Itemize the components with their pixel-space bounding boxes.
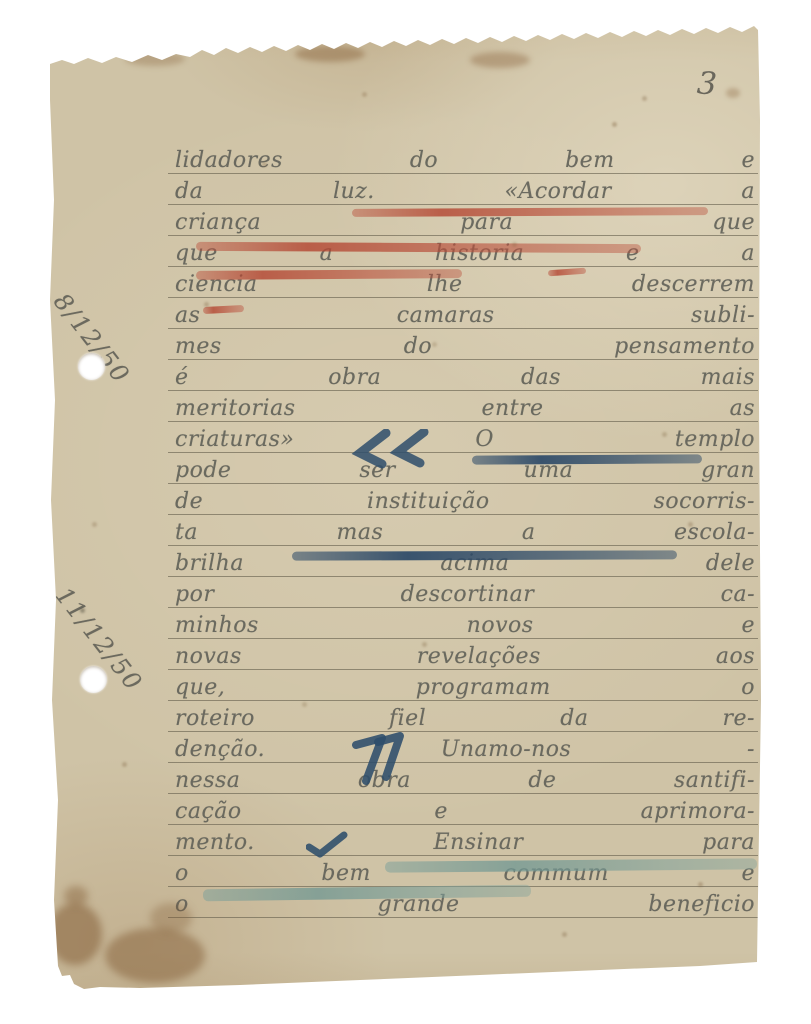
manuscript-line-17: novas revelações aos — [175, 643, 755, 670]
page-number: 3 — [696, 65, 718, 102]
manuscript-line-22: cação e aprimora- — [175, 798, 755, 825]
manuscript-line-7: mes do pensamento — [175, 333, 755, 360]
blue-underline-templo — [472, 454, 702, 464]
top-edge-stain — [125, 52, 185, 66]
foxing-stain — [150, 903, 192, 933]
hole-punch-top — [78, 353, 105, 380]
top-edge-stain — [470, 52, 530, 68]
manuscript-line-6: as camaras subli- — [175, 302, 755, 329]
small-stain — [726, 88, 740, 98]
manuscript-line-21: nessa obra de santifi- — [175, 767, 755, 794]
manuscript-line-18: que, programam o — [175, 674, 755, 701]
red-underline-historia — [196, 269, 462, 280]
manuscript-page: 3 8/12/50 11/12/50 lidadores do bem e da… — [0, 0, 811, 1024]
manuscript-line-23: mento. Ensinar para — [175, 829, 755, 856]
foxing-stain — [64, 886, 88, 906]
manuscript-line-2: da luz. «Acordar a — [175, 178, 755, 205]
blue-underline-escola — [292, 550, 677, 560]
hole-punch-bottom — [80, 666, 107, 693]
manuscript-line-8: é obra das mais — [175, 364, 755, 391]
manuscript-line-19: roteiro fiel da re- — [175, 705, 755, 732]
manuscript-line-13: ta mas a escola- — [175, 519, 755, 546]
manuscript-line-9: meritorias entre as — [175, 395, 755, 422]
manuscript-line-20: denção. Unamo-nos - — [175, 736, 755, 763]
blue-check-mark — [306, 831, 348, 863]
blue-close-guillemet-mark — [352, 731, 406, 785]
blue-open-guillemet-mark — [350, 429, 442, 469]
manuscript-line-1: lidadores do bem e — [175, 147, 755, 174]
manuscript-line-10: criaturas» O templo — [175, 426, 755, 453]
photo-background: 3 8/12/50 11/12/50 lidadores do bem e da… — [0, 0, 811, 1024]
foxing-stain — [105, 928, 205, 983]
manuscript-line-12: de instituição socorris- — [175, 488, 755, 515]
manuscript-line-15: por descortinar ca- — [175, 581, 755, 608]
paper-specks — [0, 0, 5, 5]
foxing-stain — [48, 903, 102, 965]
top-edge-stain — [295, 46, 365, 62]
manuscript-line-16: minhos novos e — [175, 612, 755, 639]
